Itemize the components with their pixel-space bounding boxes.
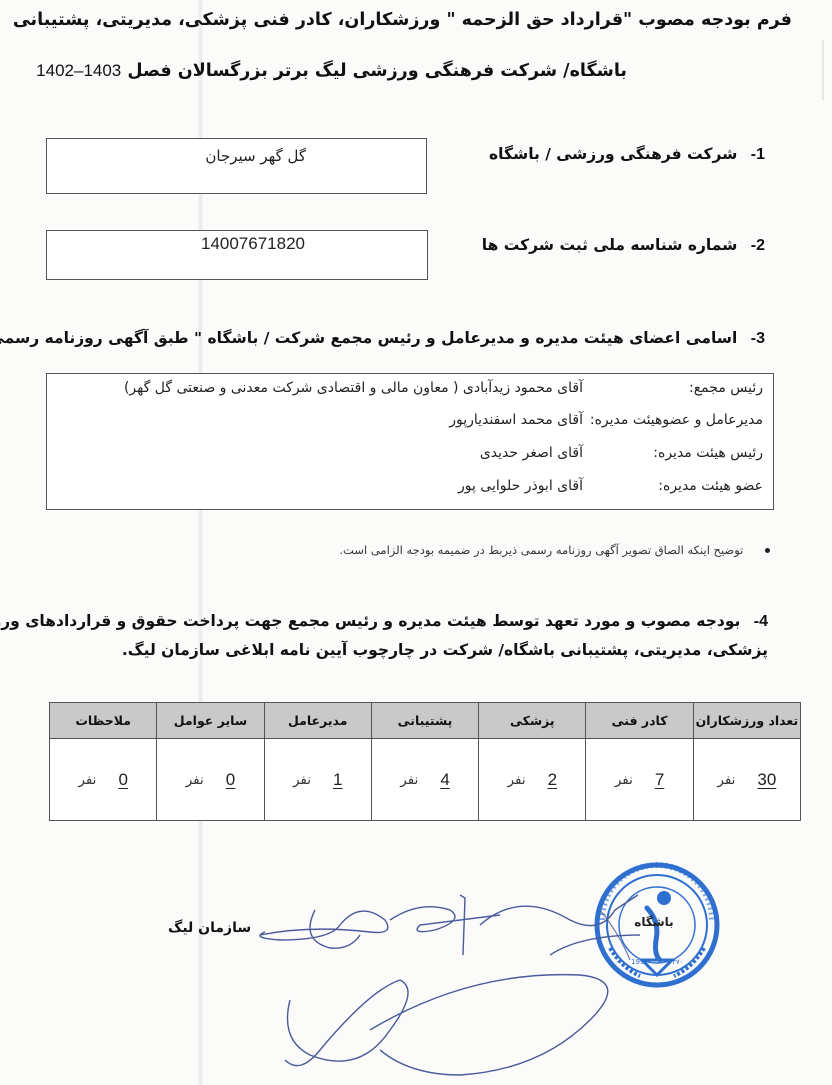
member-role: عضو هیئت مدیره: bbox=[658, 478, 763, 494]
count-value: 2 bbox=[548, 770, 557, 790]
unit-label: نفر bbox=[78, 772, 96, 788]
member-role: رئیس هیئت مدیره: bbox=[653, 445, 763, 461]
member-row: رئیس مجمع: آقای محمود زیدآبادی ( معاون م… bbox=[47, 380, 773, 410]
club-name-box: گل گهر سیرجان bbox=[46, 138, 427, 194]
signature-scribble-icon bbox=[220, 880, 640, 1080]
cell-remarks: 0نفر bbox=[50, 739, 157, 821]
member-row: مدیرعامل و عضوهیئت مدیره: آقای محمد اسفن… bbox=[47, 412, 773, 442]
form-title-line1: فرم بودجه مصوب "قرارداد حق الزحمه " ورزش… bbox=[13, 10, 792, 30]
form-title-line2-text: باشگاه/ شرکت فرهنگی ورزشی لیگ برتر بزرگس… bbox=[127, 61, 627, 81]
club-name-value: گل گهر سیرجان bbox=[205, 147, 306, 165]
count-value: 4 bbox=[440, 770, 449, 790]
newspaper-note: توضیح اینکه الصاق تصویر آگهی روزنامه رسم… bbox=[339, 543, 770, 557]
member-row: عضو هیئت مدیره: آقای ابوذر حلوایی پور bbox=[47, 478, 773, 508]
club-label: باشگاه bbox=[634, 915, 673, 929]
unit-label: نفر bbox=[508, 772, 526, 788]
cell-support: 4نفر bbox=[371, 739, 478, 821]
column-header-other-staff: سایر عوامل bbox=[157, 703, 264, 739]
cell-technical-staff: 7نفر bbox=[586, 739, 693, 821]
section1-label: شرکت فرهنگی ورزشی / باشگاه bbox=[489, 145, 737, 163]
member-name: آقای محمود زیدآبادی ( معاون مالی و اقتصا… bbox=[124, 380, 583, 396]
bullet-icon bbox=[765, 548, 770, 553]
count-value: 30 bbox=[757, 770, 776, 790]
count-value: 7 bbox=[655, 770, 664, 790]
member-name: آقای محمد اسفندیارپور bbox=[449, 412, 583, 428]
column-header-support: پشتیبانی bbox=[371, 703, 478, 739]
section4-text-line2: پزشکی، مدیریتی، پشتیبانی باشگاه/ شرکت در… bbox=[122, 641, 768, 659]
unit-label: نفر bbox=[400, 772, 418, 788]
cell-other-staff: 0نفر bbox=[157, 739, 264, 821]
column-header-ceo: مدیرعامل bbox=[264, 703, 371, 739]
column-header-medical: پزشکی bbox=[479, 703, 586, 739]
unit-label: نفر bbox=[717, 772, 735, 788]
scan-edge-mark bbox=[822, 40, 824, 100]
cell-medical: 2نفر bbox=[479, 739, 586, 821]
section4-text-line1: بودجه مصوب و مورد تعهد توسط هیئت مدیره و… bbox=[0, 612, 740, 630]
column-header-athletes: تعداد ورزشکاران bbox=[693, 703, 800, 739]
count-value: 1 bbox=[333, 770, 342, 790]
member-row: رئیس هیئت مدیره: آقای اصغر حدیدی bbox=[47, 445, 773, 475]
newspaper-note-text: توضیح اینکه الصاق تصویر آگهی روزنامه رسم… bbox=[339, 543, 743, 557]
table-header-row: تعداد ورزشکاران کادر فنی پزشکی پشتیبانی … bbox=[50, 703, 801, 739]
section2-label: شماره شناسه ملی ثبت شرکت ها bbox=[482, 236, 738, 254]
column-header-remarks: ملاحظات bbox=[50, 703, 157, 739]
cell-ceo: 1نفر bbox=[264, 739, 371, 821]
count-value: 0 bbox=[226, 770, 235, 790]
season-value: 1402–1403 bbox=[36, 61, 121, 80]
form-title-line2: باشگاه/ شرکت فرهنگی ورزشی لیگ برتر بزرگس… bbox=[36, 61, 627, 81]
table-row: 30نفر 7نفر 2نفر 4نفر 1نفر 0نفر 0نفر bbox=[50, 739, 801, 821]
unit-label: نفر bbox=[186, 772, 204, 788]
stamp-year-right: ۱۳۷۰ bbox=[668, 958, 683, 966]
section2-heading: 2- شماره شناسه ملی ثبت شرکت ها bbox=[482, 236, 765, 255]
section3-label: اسامی اعضای هیئت مدیره و مدیرعامل و رئیس… bbox=[0, 329, 737, 347]
section1-number: 1- bbox=[751, 146, 765, 163]
count-value: 0 bbox=[118, 770, 127, 790]
member-name: آقای اصغر حدیدی bbox=[480, 445, 583, 461]
unit-label: نفر bbox=[293, 772, 311, 788]
budget-staff-table: تعداد ورزشکاران کادر فنی پزشکی پشتیبانی … bbox=[49, 702, 801, 821]
section3-heading: 3- اسامی اعضای هیئت مدیره و مدیرعامل و ر… bbox=[0, 329, 765, 348]
national-id-box: 14007671820 bbox=[46, 230, 428, 280]
member-role: رئیس مجمع: bbox=[689, 380, 763, 396]
member-role: مدیرعامل و عضوهیئت مدیره: bbox=[590, 412, 763, 428]
section3-number: 3- bbox=[751, 330, 765, 347]
member-name: آقای ابوذر حلوایی پور bbox=[458, 478, 583, 494]
national-id-value: 14007671820 bbox=[201, 234, 305, 254]
section2-number: 2- bbox=[751, 237, 765, 254]
column-header-technical-staff: کادر فنی bbox=[586, 703, 693, 739]
section4-number: 4- bbox=[754, 613, 768, 630]
unit-label: نفر bbox=[615, 772, 633, 788]
cell-athletes: 30نفر bbox=[693, 739, 800, 821]
board-members-box: رئیس مجمع: آقای محمود زیدآبادی ( معاون م… bbox=[46, 373, 774, 510]
section1-heading: 1- شرکت فرهنگی ورزشی / باشگاه bbox=[489, 145, 765, 164]
section4-heading: 4- بودجه مصوب و مورد تعهد توسط هیئت مدیر… bbox=[0, 612, 768, 631]
